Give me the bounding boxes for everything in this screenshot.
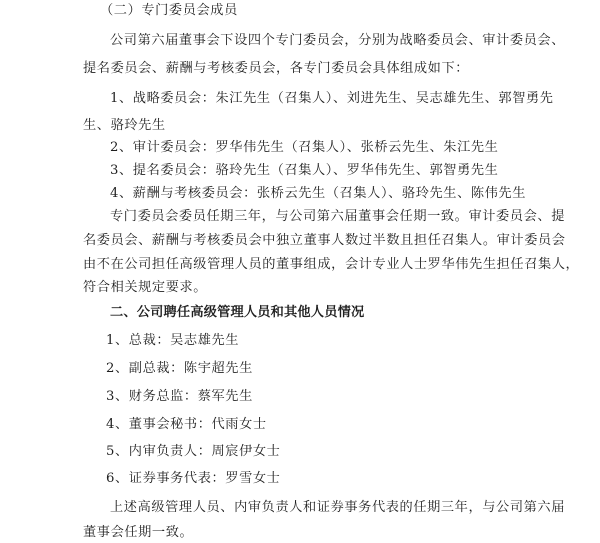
appointment-1: 1、总裁：吴志雄先生: [106, 333, 239, 349]
intro-line-2: 提名委员会、薪酬与考核委员会，各专门委员会具体组成如下：: [83, 61, 469, 77]
term-paragraph-line-4: 符合相关规定要求。: [83, 280, 207, 296]
committee-3: 3、提名委员会：骆玲先生（召集人）、罗华伟先生、郭智勇先生: [110, 163, 498, 179]
intro-line-1: 公司第六届董事会下设四个专门委员会，分别为战略委员会、审计委员会、: [110, 33, 565, 49]
document-page: （二）专门委员会成员 公司第六届董事会下设四个专门委员会，分别为战略委员会、审计…: [0, 0, 600, 543]
appointment-4: 4、董事会秘书：代雨女士: [106, 417, 267, 433]
term-paragraph-line-2: 名委员会、薪酬与考核委员会中独立董事人数过半数且担任召集人。审计委员会: [83, 233, 566, 249]
subsection-title: （二）专门委员会成员: [100, 3, 238, 19]
closing-line-2: 董事会任期一致。: [83, 525, 193, 541]
committee-1-line-2: 生、骆玲先生: [83, 118, 166, 134]
closing-line-1: 上述高级管理人员、内审负责人和证券事务代表的任期三年，与公司第六届: [110, 500, 565, 516]
section-title: 二、公司聘任高级管理人员和其他人员情况: [110, 305, 364, 321]
term-paragraph-line-3: 由不在公司担任高级管理人员的董事组成，会计专业人士罗华伟先生担任召集人，: [83, 257, 579, 273]
appointment-6: 6、证券事务代表：罗雪女士: [106, 471, 280, 487]
appointment-5: 5、内审负责人：周宸伊女士: [106, 444, 280, 460]
appointment-3: 3、财务总监：蔡军先生: [106, 389, 253, 405]
committee-2: 2、审计委员会：罗华伟先生（召集人）、张桥云先生、朱江先生: [110, 140, 498, 156]
committee-1-line-1: 1、战略委员会：朱江先生（召集人）、刘进先生、吴志雄先生、郭智勇先: [110, 91, 554, 107]
committee-4: 4、薪酬与考核委员会：张桥云先生（召集人）、骆玲先生、陈伟先生: [110, 186, 526, 202]
appointment-2: 2、副总裁：陈宇超先生: [106, 361, 253, 377]
term-paragraph-line-1: 专门委员会委员任期三年，与公司第六届董事会任期一致。审计委员会、提: [110, 209, 565, 225]
